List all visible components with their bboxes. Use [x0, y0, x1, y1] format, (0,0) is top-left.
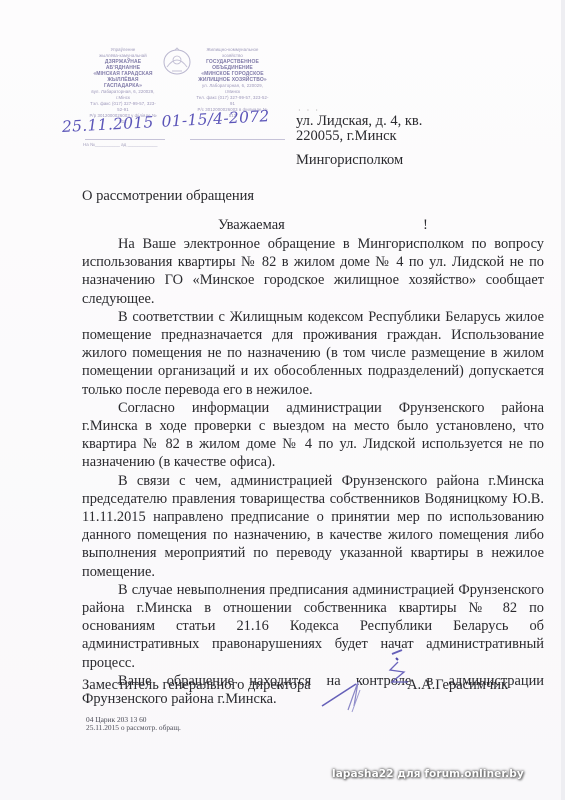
lh-text: ЖЫЛЛЁВАЯ ГАСПАДАРКА» [88, 77, 158, 89]
page-edge [561, 0, 565, 800]
address-city: 220055, г.Минск [296, 129, 422, 144]
handwritten-date: 25.11.2015 [62, 113, 155, 136]
number-underline [190, 139, 285, 140]
document-reference: 25.11.2015 о рассмотр. обращ. [86, 724, 181, 732]
signature-stroke-icon [318, 666, 378, 716]
signatory-name: А.А.Герасимчик [407, 677, 508, 694]
body-paragraph: В связи с чем, администрацией Фрунзенско… [82, 472, 544, 581]
greeting-word: Уважаемая [218, 217, 285, 233]
lh-text: Тэл. факс (017) 327-99-57, 323-52-91 [88, 101, 158, 113]
letter-subject: О рассмотрении обращения [82, 188, 254, 205]
forum-watermark: lapasha22 для forum.onliner.by [332, 768, 524, 780]
address-block: ул. Лидская, д. 4, кв. 220055, г.Минск [296, 114, 422, 144]
state-emblem-icon [160, 47, 194, 77]
copy-recipient: Мингорисполком [296, 152, 403, 169]
address-street: ул. Лидская, д. 4, кв. [296, 114, 422, 129]
executor-footer: 04 Царик 203 13 60 25.11.2015 о рассмотр… [86, 716, 181, 733]
reference-line: На №__________ ад ____________ [83, 142, 158, 147]
lh-text: ул. Лабораторная, 6, 220029, г.Минск [195, 83, 270, 95]
body-paragraph: Согласно информации администрации Фрунзе… [82, 399, 544, 472]
body-paragraph: На Ваше электронное обращение в Мингорис… [82, 235, 544, 308]
document-page: Упраўленне жыллёва-камунальнай ДЗЯРЖАЎНА… [0, 0, 565, 800]
letter-body: На Ваше электронное обращение в Мингорис… [82, 235, 544, 708]
signatory-title: Заместитель генерального директора [82, 677, 311, 694]
date-underline [85, 139, 165, 140]
body-paragraph: В случае невыполнения предписания админи… [82, 581, 544, 672]
body-paragraph: В соответствии с Жилищным кодексом Респу… [82, 308, 544, 399]
greeting: Уважаемая ! [218, 217, 285, 234]
lh-text: Тел. факс (017) 327-99-57, 323-52-91 [195, 95, 270, 107]
greeting-exclamation: ! [423, 217, 428, 234]
lh-text: вул. Лабараторная, 6, 220029, г.Мінск [88, 89, 158, 101]
